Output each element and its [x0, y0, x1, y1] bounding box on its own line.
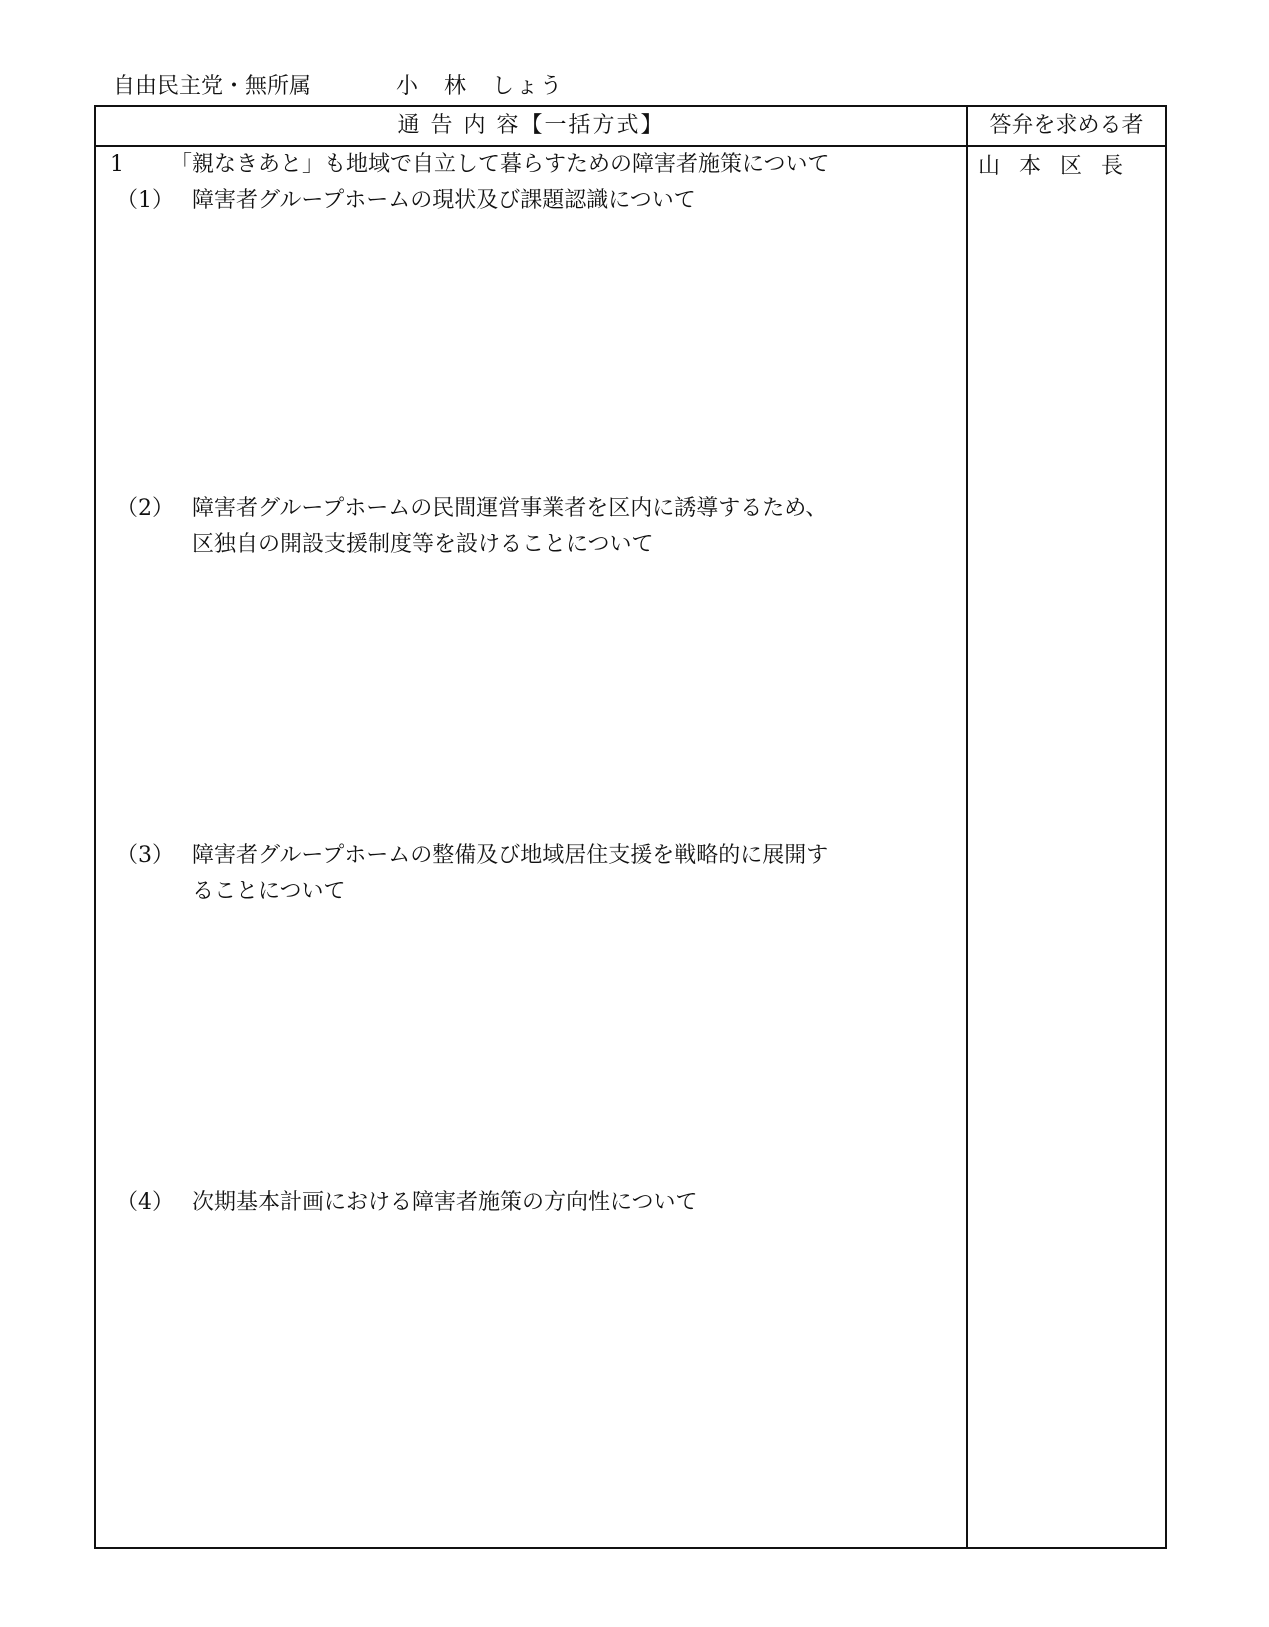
main-item-number: 1 — [110, 147, 124, 183]
sub-item-text-continued: 区独自の開設支援制度等を設けることについて — [192, 527, 654, 563]
party-name: 自由民主党・無所属 — [113, 70, 311, 104]
main-item: 1 「親なきあと」も地域で自立して暮らすための障害者施策について — [96, 147, 966, 183]
sub-item-text: 次期基本計画における障害者施策の方向性について — [192, 1185, 698, 1221]
answerer-name: 山 本 区 長 — [978, 149, 1129, 185]
sub-item-text-continued: ることについて — [192, 874, 346, 910]
sub-item-number: （3） — [116, 838, 174, 874]
sub-item-text: 障害者グループホームの現状及び課題認識について — [192, 183, 696, 219]
document-header: 自由民主党・無所属 小 林 しょう — [113, 70, 564, 104]
sub-item-text: 障害者グループホームの整備及び地域居住支援を戦略的に展開す — [192, 838, 828, 874]
sub-item-4: （4） 次期基本計画における障害者施策の方向性について — [96, 1185, 966, 1221]
column-divider — [966, 107, 968, 1547]
sub-item-text: 障害者グループホームの民間運営事業者を区内に誘導するため、 — [192, 491, 827, 527]
main-item-title: 「親なきあと」も地域で自立して暮らすための障害者施策について — [170, 147, 830, 183]
member-name: 小 林 しょう — [396, 70, 564, 104]
sub-item-2: （2） 障害者グループホームの民間運営事業者を区内に誘導するため、 区独自の開設… — [96, 491, 966, 563]
header-notice-content: 通 告 内 容【一括方式】 — [96, 107, 966, 145]
sub-item-3: （3） 障害者グループホームの整備及び地域居住支援を戦略的に展開す ることについ… — [96, 838, 966, 910]
sub-item-1: （1） 障害者グループホームの現状及び課題認識について — [96, 183, 966, 219]
notice-table: 通 告 内 容【一括方式】 答弁を求める者 1 「親なきあと」も地域で自立して暮… — [94, 105, 1167, 1549]
table-header-row: 通 告 内 容【一括方式】 答弁を求める者 — [96, 107, 1165, 147]
header-answerer: 答弁を求める者 — [968, 107, 1165, 145]
sub-item-number: （2） — [116, 491, 174, 527]
sub-item-number: （4） — [116, 1185, 174, 1221]
sub-item-number: （1） — [116, 183, 174, 219]
